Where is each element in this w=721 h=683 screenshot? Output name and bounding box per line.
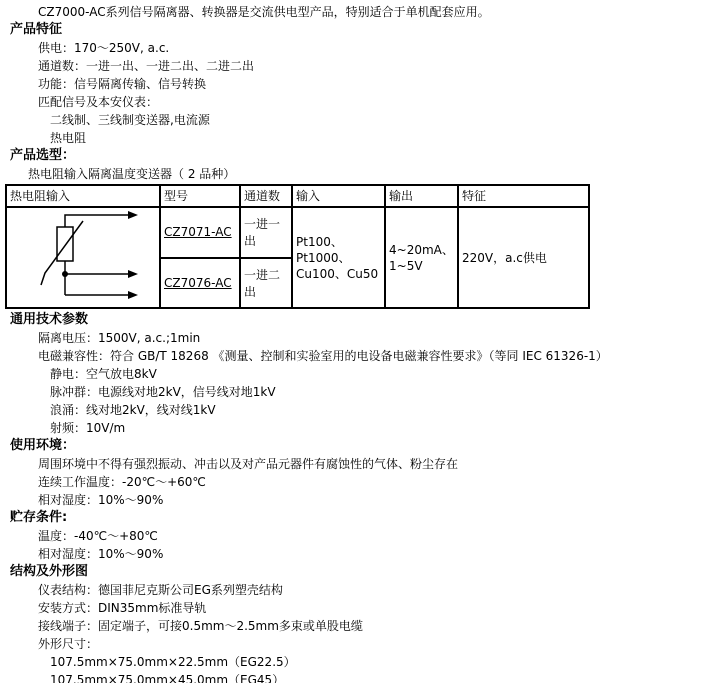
document-page: CZ7000-AC系列信号隔离器、转换器是交流供电型产品，特别适合于单机配套应用…	[0, 0, 721, 683]
rtd-input-diagram-cell	[6, 207, 160, 308]
structure-line-dimensions-label: 外形尺寸：	[0, 635, 721, 653]
matching-item-transmitter: 二线制、三线制变送器,电流源	[0, 111, 721, 129]
selection-subtitle: 热电阻输入隔离温度变送器（ 2 品种）	[0, 165, 721, 183]
emc-item-esd: 静电：空气放电8kV	[0, 365, 721, 383]
section-title-storage: 贮存条件:	[0, 509, 721, 527]
product-selection-table: 热电阻输入 型号 通道数 输入 输出 特征	[5, 184, 590, 309]
input-signals-cell: Pt100、 Pt1000、 Cu100、Cu50	[292, 207, 385, 308]
col-header-model: 型号	[160, 185, 240, 207]
input-line: Pt1000、	[296, 250, 381, 266]
structure-line-terminals: 接线端子：固定端子，可接0.5mm～2.5mm多束或单股电缆	[0, 617, 721, 635]
col-header-feature: 特征	[458, 185, 589, 207]
feature-cell: 220V，a.c供电	[458, 207, 589, 308]
section-title-general-params: 通用技术参数	[0, 311, 721, 329]
model-cell: CZ7076-AC	[160, 258, 240, 309]
emc-item-rf: 射频：10V/m	[0, 419, 721, 437]
channels-cell: 一进一出	[240, 207, 292, 258]
spec-line-channels: 通道数：一进一出、一进二出、二进二出	[0, 57, 721, 75]
table-header-row: 热电阻输入 型号 通道数 输入 输出 特征	[6, 185, 589, 207]
storage-line-temperature: 温度：-40℃～+80℃	[0, 527, 721, 545]
output-line: 4~20mA、	[389, 242, 454, 258]
input-line: Cu100、Cu50	[296, 266, 381, 282]
col-header-output: 输出	[385, 185, 458, 207]
structure-line-case: 仪表结构：德国菲尼克斯公司EG系列塑壳结构	[0, 581, 721, 599]
spec-line-matching: 匹配信号及本安仪表：	[0, 93, 721, 111]
channels-cell: 一进二出	[240, 258, 292, 309]
model-link-cz7076[interactable]: CZ7076-AC	[164, 276, 232, 290]
spec-line-power: 供电：170～250V, a.c.	[0, 39, 721, 57]
model-cell: CZ7071-AC	[160, 207, 240, 258]
matching-item-rtd: 热电阻	[0, 129, 721, 147]
spec-line-isolation: 隔离电压：1500V, a.c.;1min	[0, 329, 721, 347]
section-title-environment: 使用环境：	[0, 437, 721, 455]
env-line-temperature: 连续工作温度：-20℃～+60℃	[0, 473, 721, 491]
section-title-selection: 产品选型：	[0, 147, 721, 165]
col-header-rtd-input: 热电阻输入	[6, 185, 160, 207]
spec-line-emc: 电磁兼容性：符合 GB/T 18268 《测量、控制和实验室用的电设备电磁兼容性…	[0, 347, 721, 365]
env-line-humidity: 相对湿度：10%～90%	[0, 491, 721, 509]
col-header-input: 输入	[292, 185, 385, 207]
output-line: 1~5V	[389, 258, 454, 274]
model-link-cz7071[interactable]: CZ7071-AC	[164, 225, 232, 239]
section-title-structure: 结构及外形图	[0, 563, 721, 581]
intro-text: CZ7000-AC系列信号隔离器、转换器是交流供电型产品，特别适合于单机配套应用…	[0, 3, 721, 21]
col-header-channels: 通道数	[240, 185, 292, 207]
structure-line-mounting: 安装方式：DIN35mm标准导轨	[0, 599, 721, 617]
rtd-3-wire-diagram	[10, 209, 156, 303]
section-title-features: 产品特征	[0, 21, 721, 39]
table-row: CZ7071-AC 一进一出 Pt100、 Pt1000、 Cu100、Cu50…	[6, 207, 589, 258]
emc-item-burst: 脉冲群：电源线对地2kV，信号线对地1kV	[0, 383, 721, 401]
emc-item-surge: 浪涌：线对地2kV，线对线1kV	[0, 401, 721, 419]
input-line: Pt100、	[296, 234, 381, 250]
env-line-ambient: 周围环境中不得有强烈振动、冲击以及对产品元器件有腐蚀性的气体、粉尘存在	[0, 455, 721, 473]
output-signals-cell: 4~20mA、 1~5V	[385, 207, 458, 308]
storage-line-humidity: 相对湿度：10%～90%	[0, 545, 721, 563]
dimension-line-eg22: 107.5mm×75.0mm×22.5mm（EG22.5）	[0, 653, 721, 671]
spec-line-function: 功能：信号隔离传输、信号转换	[0, 75, 721, 93]
dimension-line-eg45: 107.5mm×75.0mm×45.0mm（EG45）	[0, 671, 721, 683]
